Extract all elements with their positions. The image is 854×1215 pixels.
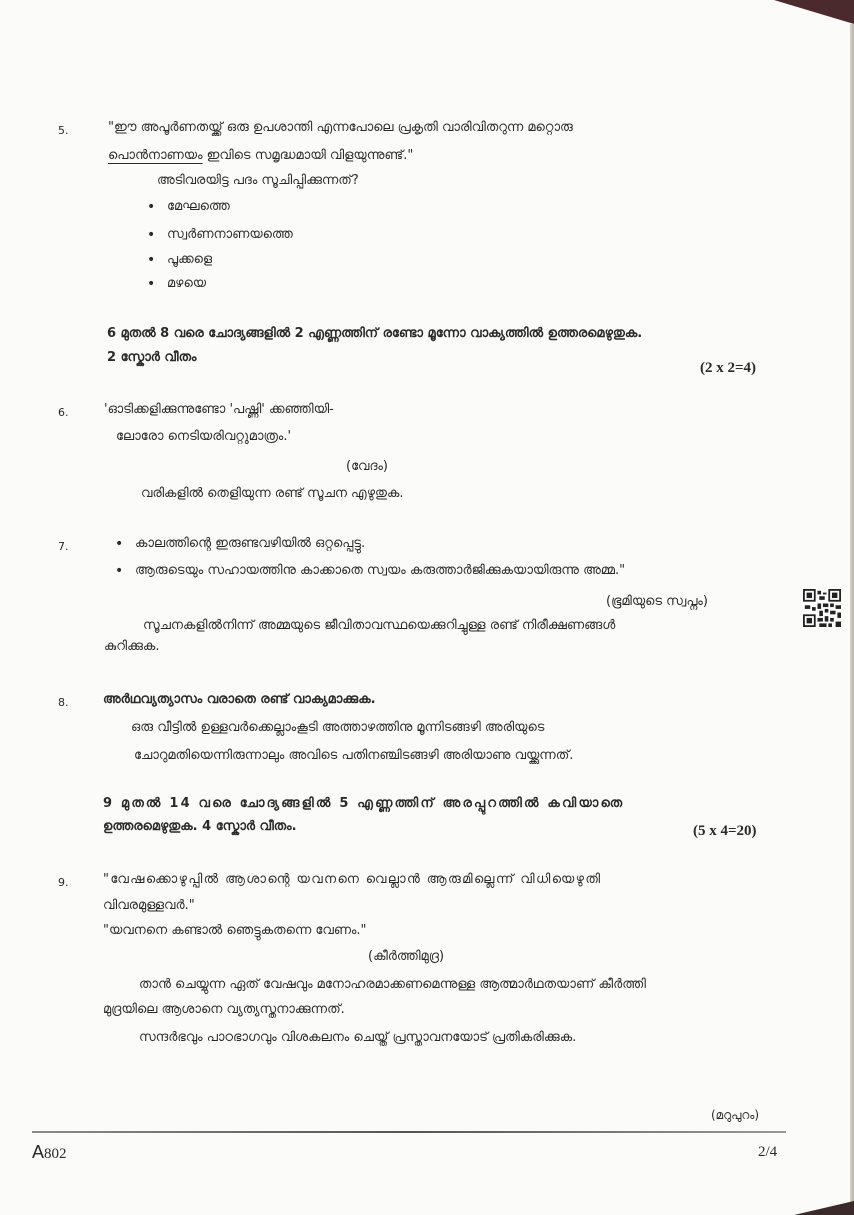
page-edge [850, 24, 854, 1215]
option: മേഘത്തെ [167, 199, 230, 214]
q8-line2: ചോറുമതിയെന്നിരുന്നാലും അവിടെ പതിനഞ്ചിടങ്… [134, 748, 573, 763]
q5-quote-line2: പൊൻനാണയം ഇവിടെ സമൃദ്ധമായി വിളയുന്നുണ്ട്.… [108, 148, 413, 163]
q9-quote1-line2: വിവരമുള്ളവർ." [103, 898, 195, 913]
qr-code-icon [803, 589, 841, 627]
q6-poem-line2: ലോരോ നെടിയരിവറ്റുമാത്രം.' [116, 429, 291, 444]
page-corner-shadow-bottom [794, 1201, 854, 1215]
footer-divider [32, 1131, 786, 1133]
underlined-word: പൊൻനാണയം [108, 148, 203, 163]
q7-question-line2: കുറിക്കുക. [104, 639, 159, 654]
question-number: 9. [58, 876, 69, 889]
option: സ്വർണനാണയത്തെ [167, 227, 293, 242]
question-number: 7. [58, 540, 69, 553]
option: പൂക്കളെ [167, 252, 212, 267]
question-number: 5. [58, 124, 69, 137]
q8-line1: ഒരു വീട്ടിൽ ഉള്ളവർക്കെല്ലാംകൂടി അത്താഴത്… [131, 720, 544, 735]
q9-quote1-line1: "വേഷക്കൊഴുപ്പിൽ ആശാന്റെ യവനനെ വെല്ലാൻ ആര… [103, 872, 602, 887]
marks-label: (5 x 4=20) [693, 823, 757, 840]
q6-question: വരികളിൽ തെളിയുന്ന രണ്ട് സൂചന എഴുതുക. [141, 486, 404, 501]
q9-source: (കീർത്തിമുദ്ര) [368, 949, 444, 964]
q6-source: (വേദം) [346, 459, 388, 474]
page-number: 2/4 [758, 1144, 777, 1161]
q7-source: (ഭൂമിയുടെ സ്വപ്നം) [606, 594, 708, 609]
marks-label: (2 x 2=4) [700, 360, 756, 377]
instruction-line1: 9 മുതൽ 14 വരെ ചോദ്യങ്ങളിൽ 5 എണ്ണത്തിന് അ… [103, 796, 624, 811]
q5-quote-line1: "ഈ അപൂർണതയ്ക്ക് ഒരു ഉപശാന്തി എന്നപോലെ പ്… [108, 120, 573, 135]
q7-bullet1: കാലത്തിന്റെ ഇരുണ്ടവഴിയിൽ ഒറ്റപ്പെട്ടു. [135, 536, 365, 551]
instruction-line2: 2 സ്കോർ വീതം [107, 350, 196, 365]
q8-instruction: അർഥവ്യത്യാസം വരാതെ രണ്ട് വാക്യമാക്കുക. [103, 692, 376, 707]
q9-statement-line1: താൻ ചെയ്യുന്ന ഏത് വേഷവും മനോഹരമാക്കണമെന്… [139, 977, 646, 992]
q5-question: അടിവരയിട്ട പദം സൂചിപ്പിക്കുന്നത്? [157, 173, 359, 188]
q9-question: സന്ദർഭവും പാഠഭാഗവും വിശകലനം ചെയ്ത് പ്രസ്… [139, 1030, 576, 1045]
q6-poem-line1: 'ഓടിക്കളിക്കുന്നുണ്ടോ 'പഷ്ണി' ക്കഞ്ഞിയി- [104, 402, 334, 417]
q9-quote2: "യവനനെ കണ്ടാൽ ഞെട്ടുകതന്നെ വേണം." [103, 923, 367, 938]
q7-bullet2: ആരുടെയും സഹായത്തിനു കാക്കാതെ സ്വയം കരുത്… [135, 563, 625, 578]
q7-question-line1: സൂചനകളിൽനിന്ന് അമ്മയുടെ ജീവിതാവസ്ഥയെക്കു… [143, 618, 615, 633]
continue-note: (മറുപുറം) [711, 1108, 759, 1123]
q5-quote-rest: ഇവിടെ സമൃദ്ധമായി വിളയുന്നുണ്ട്." [203, 148, 414, 163]
q9-statement-line2: മുദ്രയിലെ ആശാനെ വ്യത്യസ്തനാക്കുന്നത്. [103, 1002, 345, 1017]
instruction-line1: 6 മുതൽ 8 വരെ ചോദ്യങ്ങളിൽ 2 എണ്ണത്തിന് രണ… [107, 326, 642, 341]
question-number: 8. [58, 696, 69, 709]
paper-code-number: 802 [44, 1146, 67, 1162]
question-number: 6. [58, 406, 69, 419]
paper-code: A802 [32, 1142, 67, 1163]
instruction-line2: ഉത്തരമെഴുതുക. 4 സ്കോർ വീതം. [103, 819, 297, 834]
paper-code-prefix: A [32, 1142, 44, 1162]
page-corner-shadow [774, 0, 854, 24]
option: മഴയെ [167, 276, 206, 291]
